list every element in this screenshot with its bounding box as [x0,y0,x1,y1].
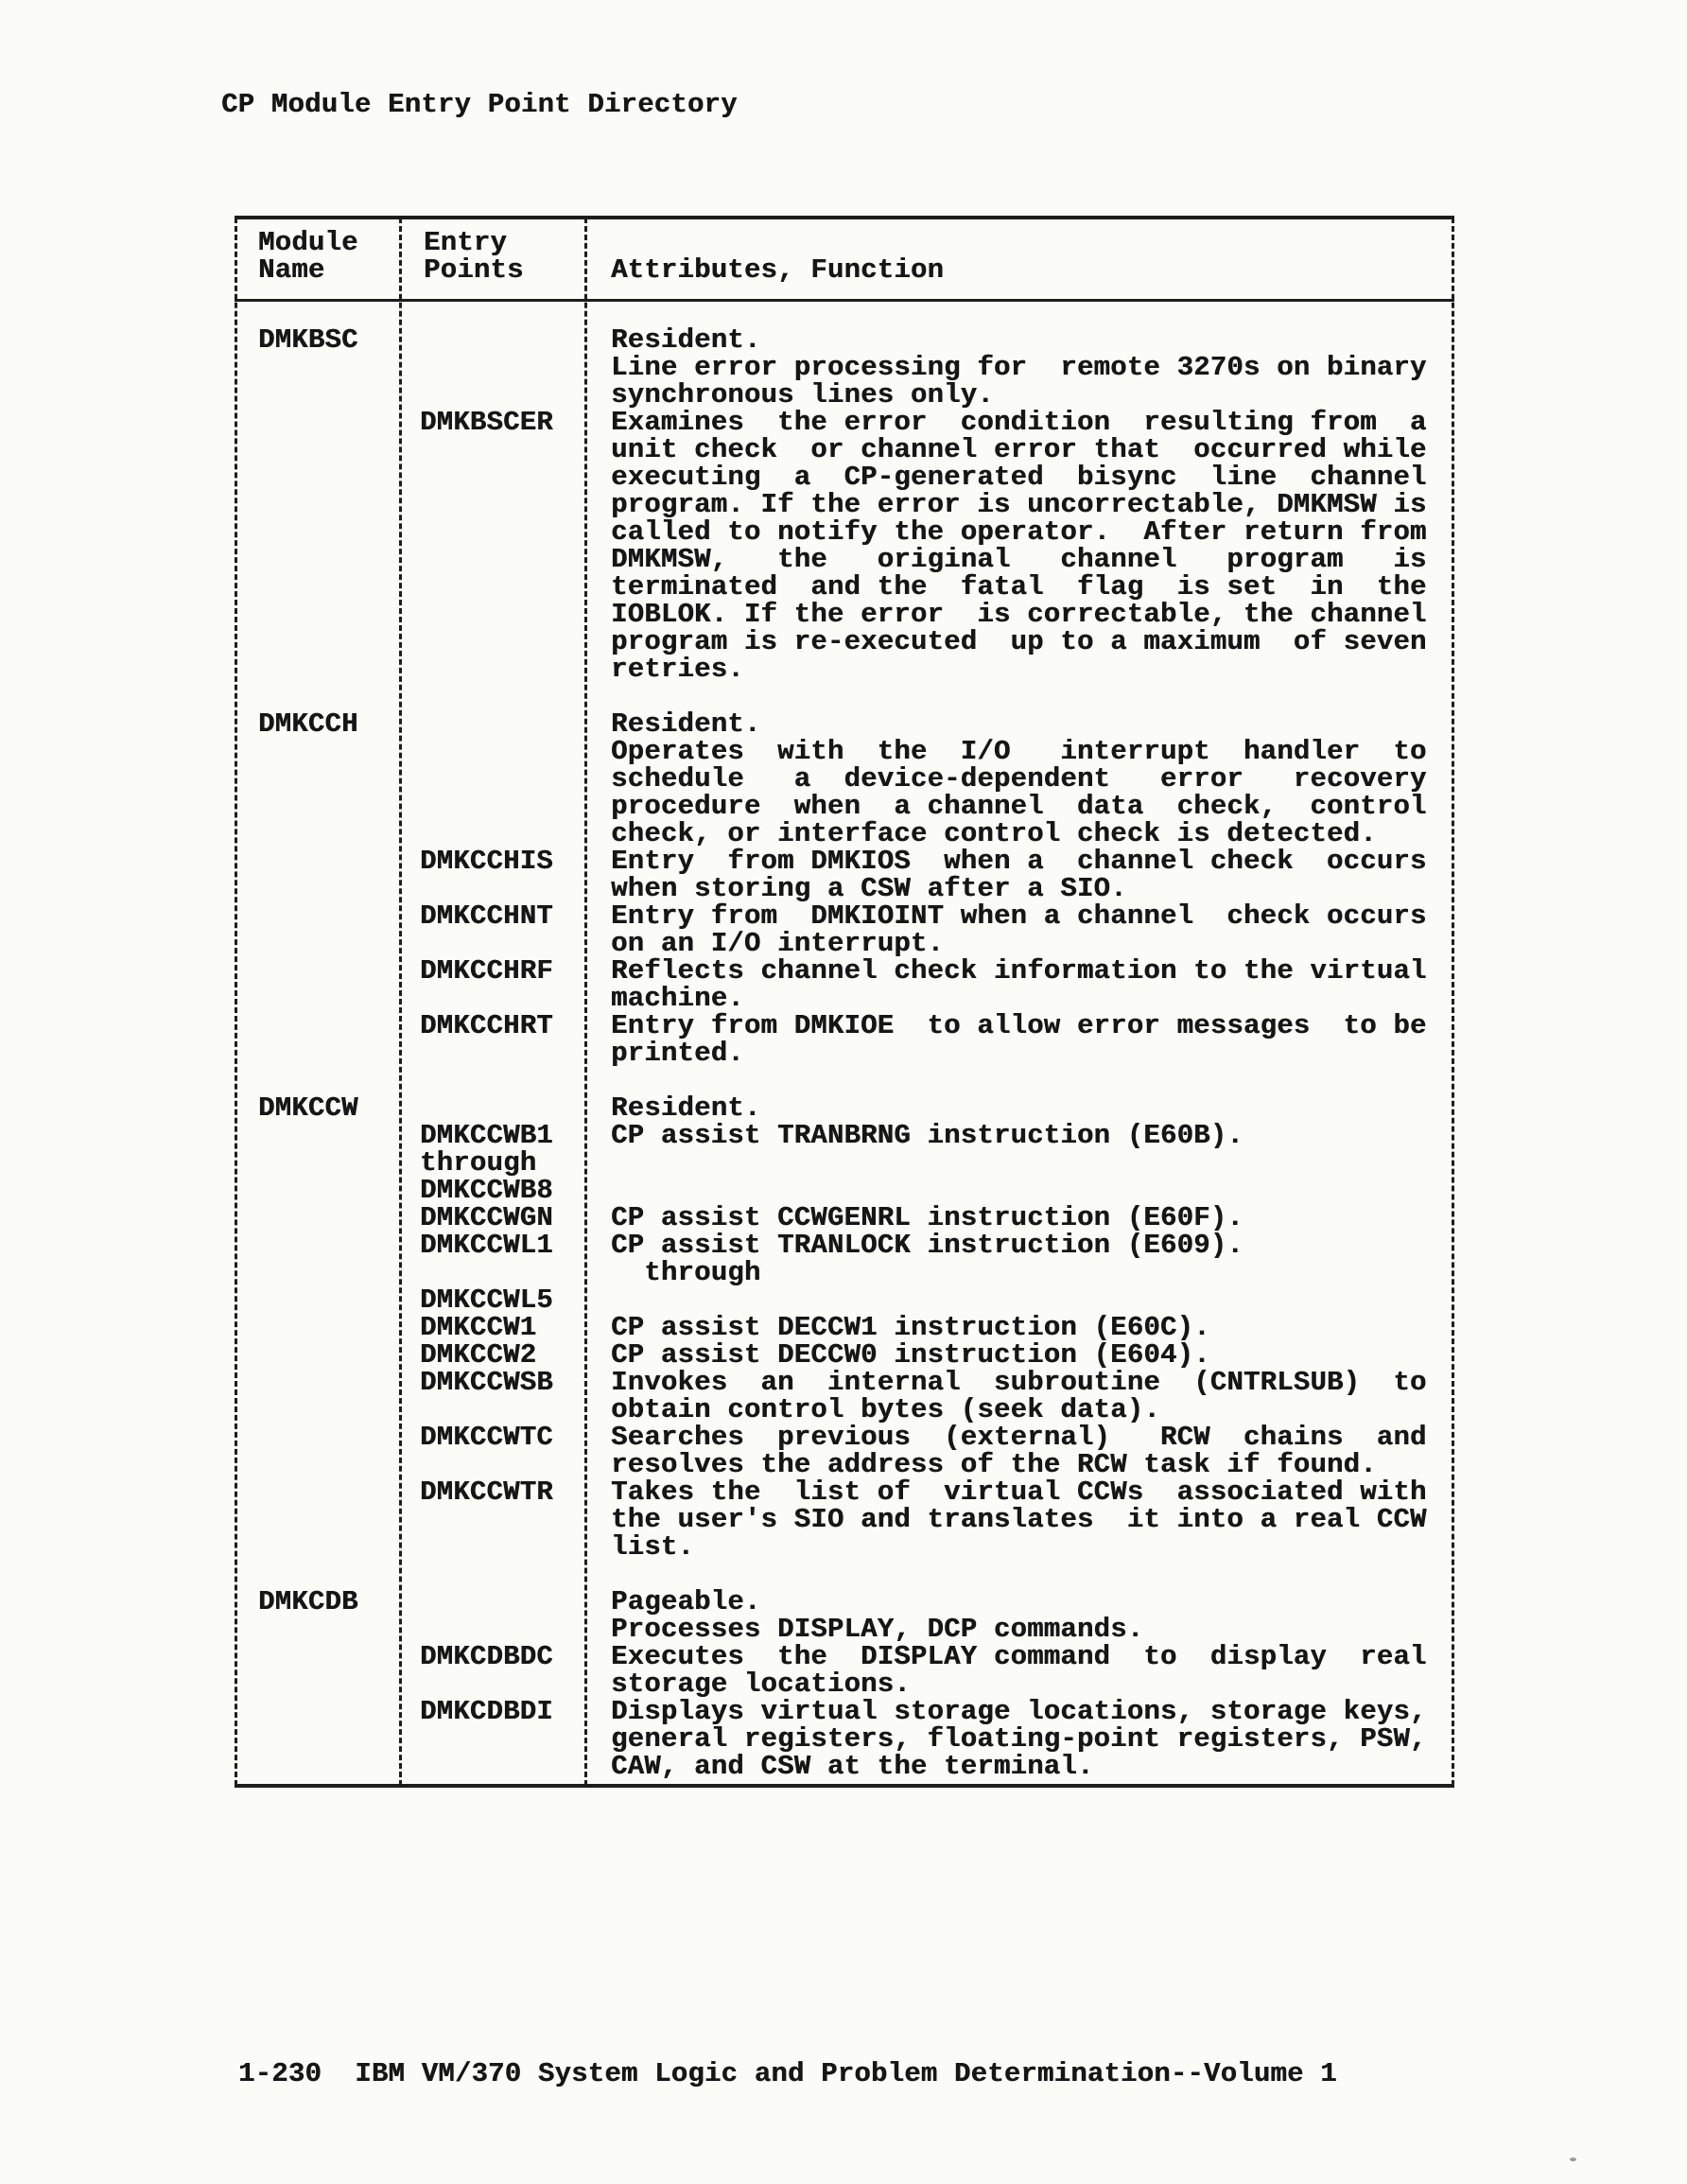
page-footer: 1-230 IBM VM/370 System Logic and Proble… [238,2060,1337,2088]
entry-point-table: Module Name Entry Points Attributes, Fun… [235,216,1454,1788]
entry-points-column: DMKBSCER DMKCCHIS DMKCCHNT DMKCCHRF DMKC… [420,326,553,1753]
table-right-border [1452,218,1454,1786]
header-attributes-function: Attributes, Function [611,229,944,284]
page-title: CP Module Entry Point Directory [221,91,738,118]
module-name-column: DMKBSC DMKCCH DMKCCW DMKCDB [258,326,358,1753]
scan-artifact [1570,2158,1576,2161]
column-divider-module-entry [399,218,402,1786]
header-separator-rule [235,299,1454,302]
header-entry-points: Entry Points [424,229,524,284]
table-top-border [235,216,1454,219]
table-bottom-border [235,1784,1454,1788]
table-left-border [235,218,237,1786]
header-module-name: Module Name [258,229,358,284]
attributes-function-column: Resident. Line error processing for remo… [611,326,1427,1780]
column-divider-entry-attributes [584,218,587,1786]
document-page: CP Module Entry Point Directory Module N… [0,0,1687,2184]
